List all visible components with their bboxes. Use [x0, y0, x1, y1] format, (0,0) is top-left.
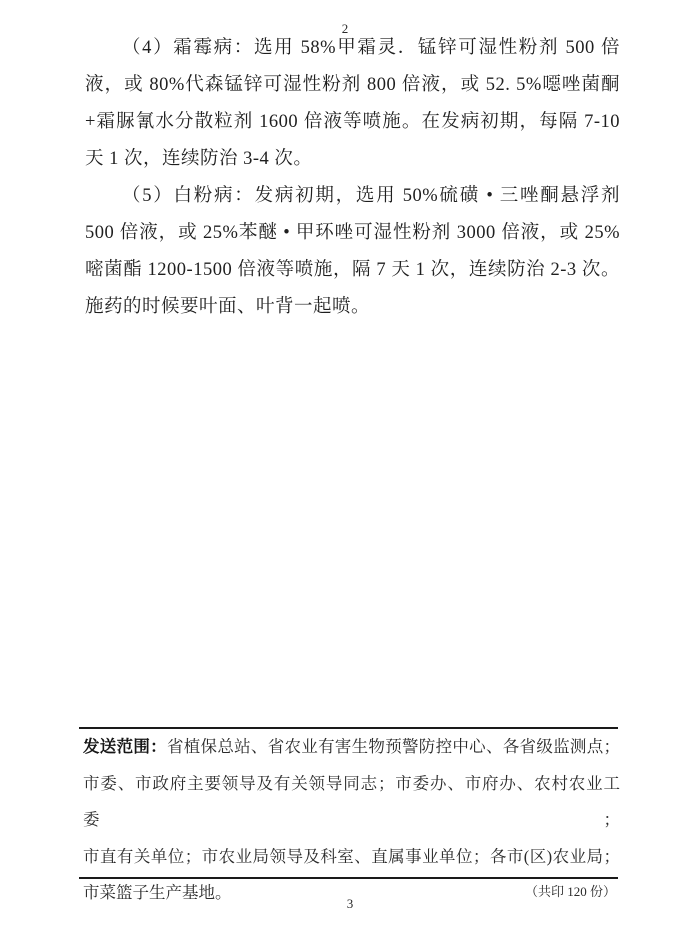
distribution-line: 市直有关单位；市农业局领导及科室、直属事业单位；各市(区)农业局； [83, 839, 620, 876]
distribution-label: 发送范围： [83, 737, 167, 756]
paragraph-powdery-mildew: （5）白粉病：发病初期，选用 50%硫磺 • 三唑酮悬浮剂 500 倍液，或 2… [85, 178, 620, 326]
distribution-line-text: 省植保总站、省农业有害生物预警防控中心、各省级监测点； [167, 737, 620, 756]
paragraph-downy-mildew: （4）霜霉病：选用 58%甲霜灵．锰锌可湿性粉剂 500 倍液，或 80%代森锰… [85, 30, 620, 178]
page-number-bottom: 3 [0, 896, 700, 912]
footer-bottom-rule [79, 877, 618, 879]
document-body: （4）霜霉病：选用 58%甲霜灵．锰锌可湿性粉剂 500 倍液，或 80%代森锰… [85, 30, 620, 326]
distribution-line: 发送范围：省植保总站、省农业有害生物预警防控中心、各省级监测点； [83, 729, 620, 766]
distribution-line: 市委、市政府主要领导及有关领导同志；市委办、市府办、农村农业工委； [83, 766, 620, 839]
document-page: 2 （4）霜霉病：选用 58%甲霜灵．锰锌可湿性粉剂 500 倍液，或 80%代… [0, 0, 700, 929]
